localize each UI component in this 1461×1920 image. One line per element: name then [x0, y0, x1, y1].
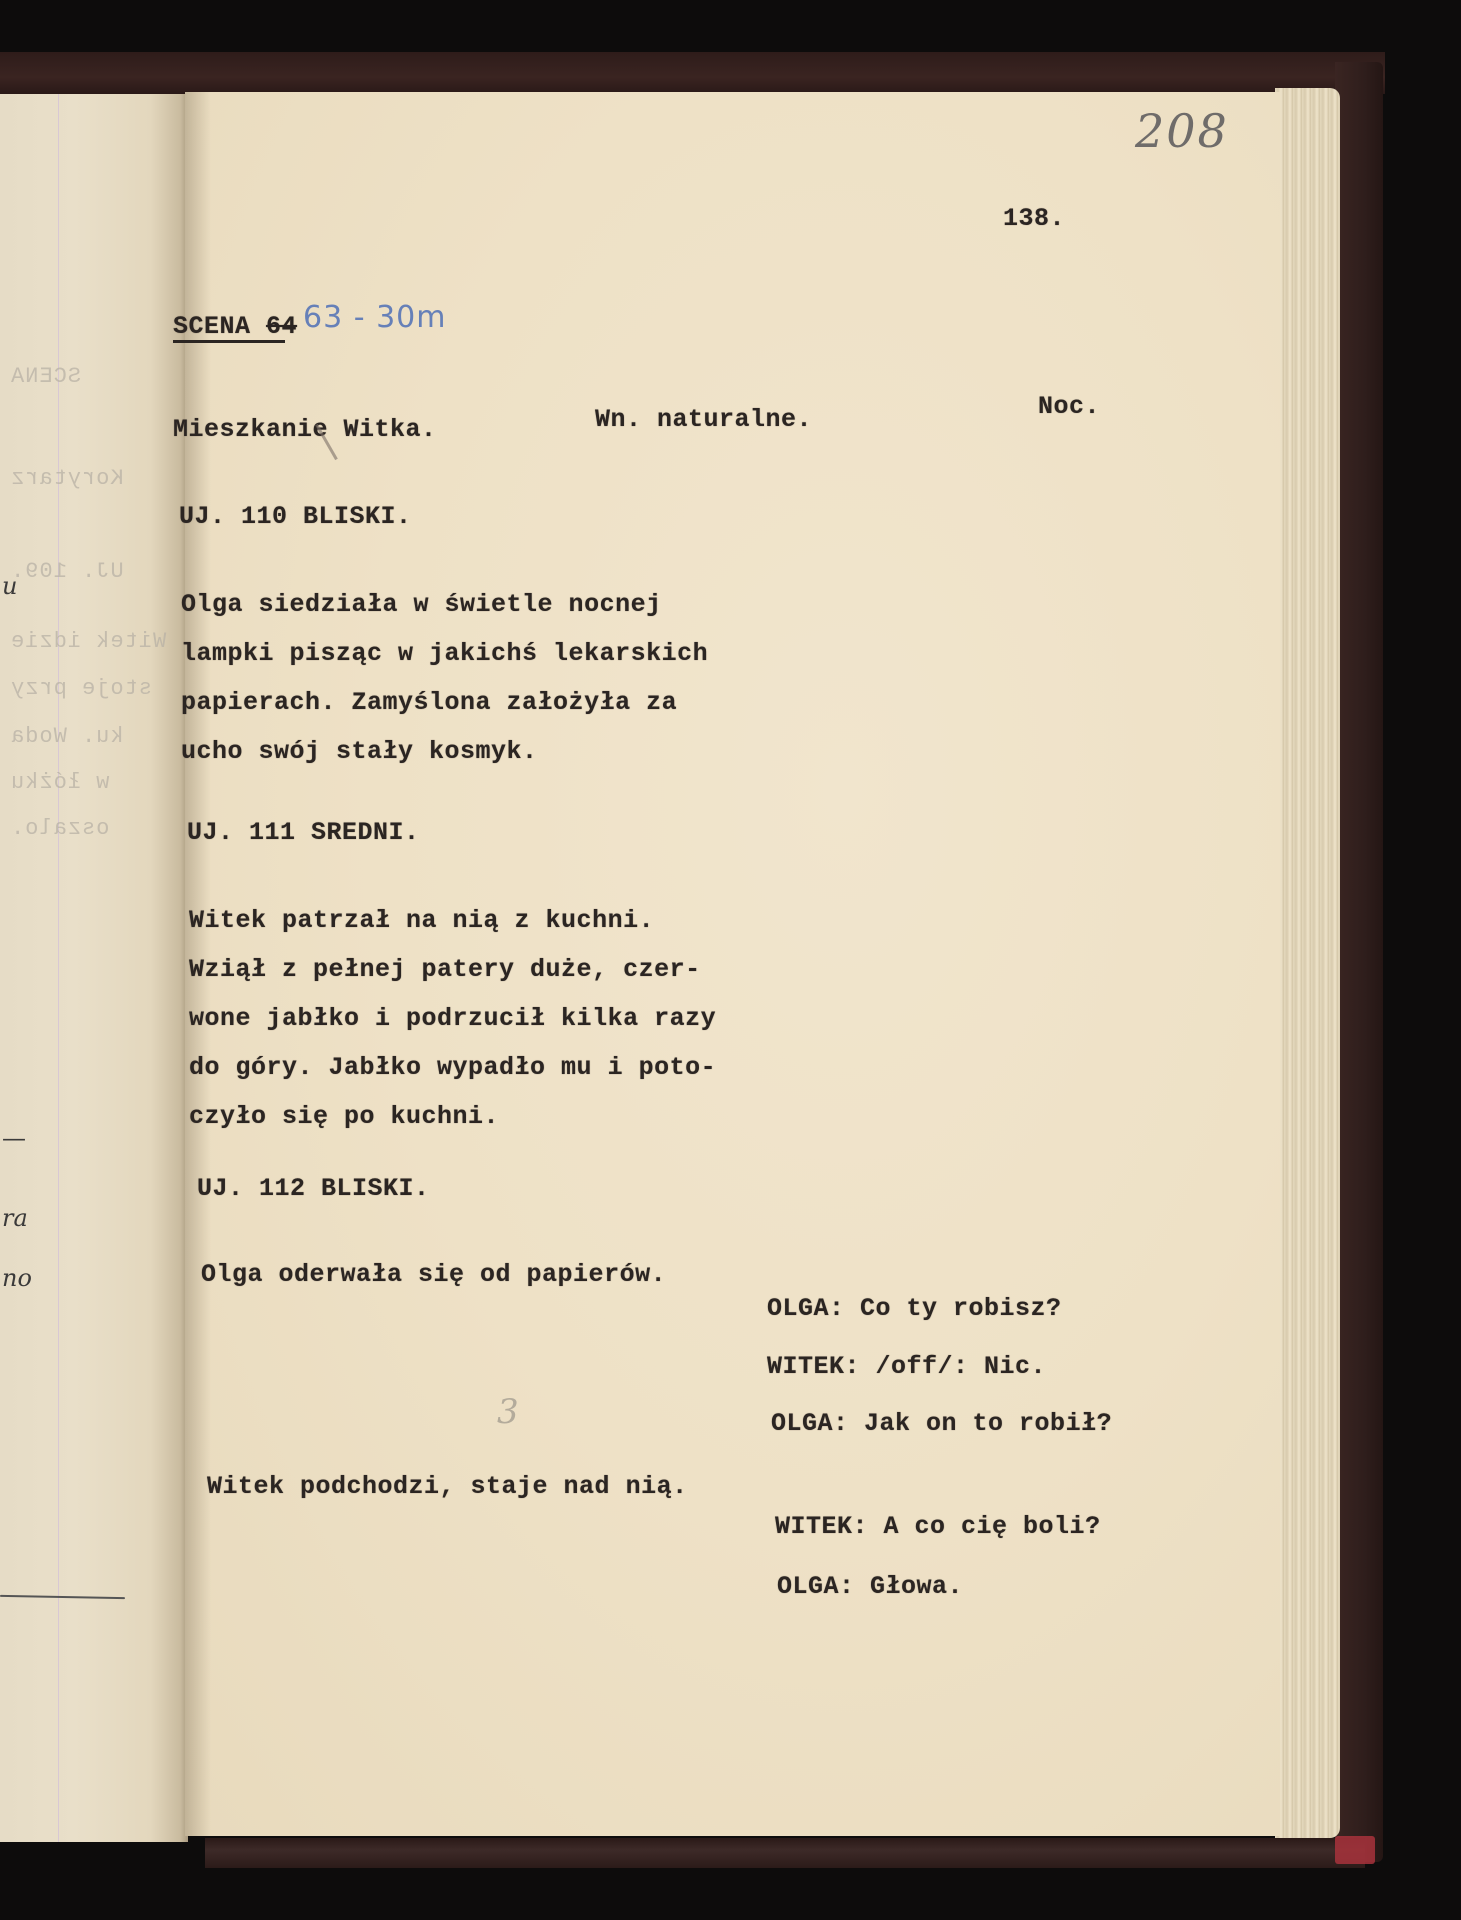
action-line: lampki pisząc w jakichś lekarskich [181, 629, 708, 678]
speech: Jak on to robił? [864, 1409, 1112, 1438]
speaker: OLGA: [767, 1294, 845, 1323]
scene-heading: SCENA 64 [173, 312, 297, 341]
action-paragraph: Olga siedziała w świetle nocnej lampki p… [181, 580, 708, 776]
shot-heading: UJ. 110 BLISKI. [179, 502, 412, 531]
handwritten-fragment: no [2, 1264, 32, 1292]
page-number: 138. [1003, 204, 1065, 233]
cover-corner-damage [1335, 1836, 1375, 1864]
show-through-text: Witek idzie [10, 629, 166, 654]
right-page: 208 138. SCENA 64 63 - 30m Mieszkanie Wi… [185, 92, 1280, 1836]
book-cover-top [0, 52, 1385, 94]
dialogue-line: OLGA: Co ty robisz? [767, 1294, 1062, 1323]
show-through-text: stoje przy [10, 676, 152, 701]
dialogue-line: WITEK: /off/: Nic. [767, 1352, 1046, 1381]
time-of-day: Noc. [1038, 392, 1100, 421]
show-through-text: ku. Woda [10, 724, 124, 749]
action-line: Wziął z pełnej patery duże, czer- [189, 945, 716, 994]
speech: Głowa. [870, 1572, 963, 1601]
action-line: czyło się po kuchni. [189, 1092, 716, 1141]
action-line: papierach. Zamyślona założyła za [181, 678, 708, 727]
action-line: Witek podchodzi, staje nad nią. [207, 1472, 688, 1501]
location: Mieszkanie Witka. [173, 415, 437, 444]
action-line: Olga siedziała w świetle nocnej [181, 580, 708, 629]
scene-label: SCENA [173, 312, 251, 341]
show-through-text: oszalo. [10, 816, 109, 841]
left-page: SCENA Korytarz UJ. 109. Witek idzie stoj… [0, 94, 188, 1842]
action-line: wone jabłko i podrzucił kilka razy [189, 994, 716, 1043]
pencil-mark: 3 [497, 1392, 521, 1432]
dialogue-line: WITEK: A co cię boli? [775, 1512, 1101, 1541]
handwritten-line [0, 1595, 125, 1599]
speech: /off/: Nic. [876, 1352, 1047, 1381]
shot-heading: UJ. 112 BLISKI. [197, 1174, 430, 1203]
handwritten-fragment: ra [2, 1204, 28, 1232]
scene-typed-number: 64 [266, 312, 297, 341]
speaker: WITEK: [775, 1512, 868, 1541]
speaker: OLGA: [777, 1572, 855, 1601]
scene-underline [173, 340, 285, 343]
action-line: ucho swój stały kosmyk. [181, 727, 708, 776]
book-cover-right [1335, 62, 1383, 1862]
dialogue-line: OLGA: Głowa. [777, 1572, 963, 1601]
speech: Co ty robisz? [860, 1294, 1062, 1323]
handwritten-fragment: u [2, 572, 17, 600]
book-cover-bottom [205, 1838, 1365, 1868]
show-through-text: SCENA [10, 364, 81, 389]
dialogue-line: OLGA: Jak on to robił? [771, 1409, 1112, 1438]
speaker: WITEK: [767, 1352, 860, 1381]
show-through-text: Korytarz [10, 466, 124, 491]
speech: A co cię boli? [884, 1512, 1101, 1541]
shot-heading: UJ. 111 SREDNI. [187, 818, 420, 847]
show-through-text: w łóżku [10, 770, 109, 795]
speaker: OLGA: [771, 1409, 849, 1438]
handwritten-fragment: — [2, 1124, 26, 1152]
action-line: Olga oderwała się od papierów. [201, 1260, 666, 1289]
margin-rule [58, 94, 59, 1842]
lighting: Wn. naturalne. [595, 405, 812, 434]
handwritten-scene-correction: 63 - 30m [303, 300, 446, 335]
action-line: Witek patrzał na nią z kuchni. [189, 896, 716, 945]
show-through-text: UJ. 109. [10, 559, 124, 584]
folio-number: 208 [1135, 104, 1229, 158]
action-line: do góry. Jabłko wypadło mu i poto- [189, 1043, 716, 1092]
page-edges [1275, 88, 1340, 1838]
action-paragraph: Witek patrzał na nią z kuchni. Wziął z p… [189, 896, 716, 1141]
